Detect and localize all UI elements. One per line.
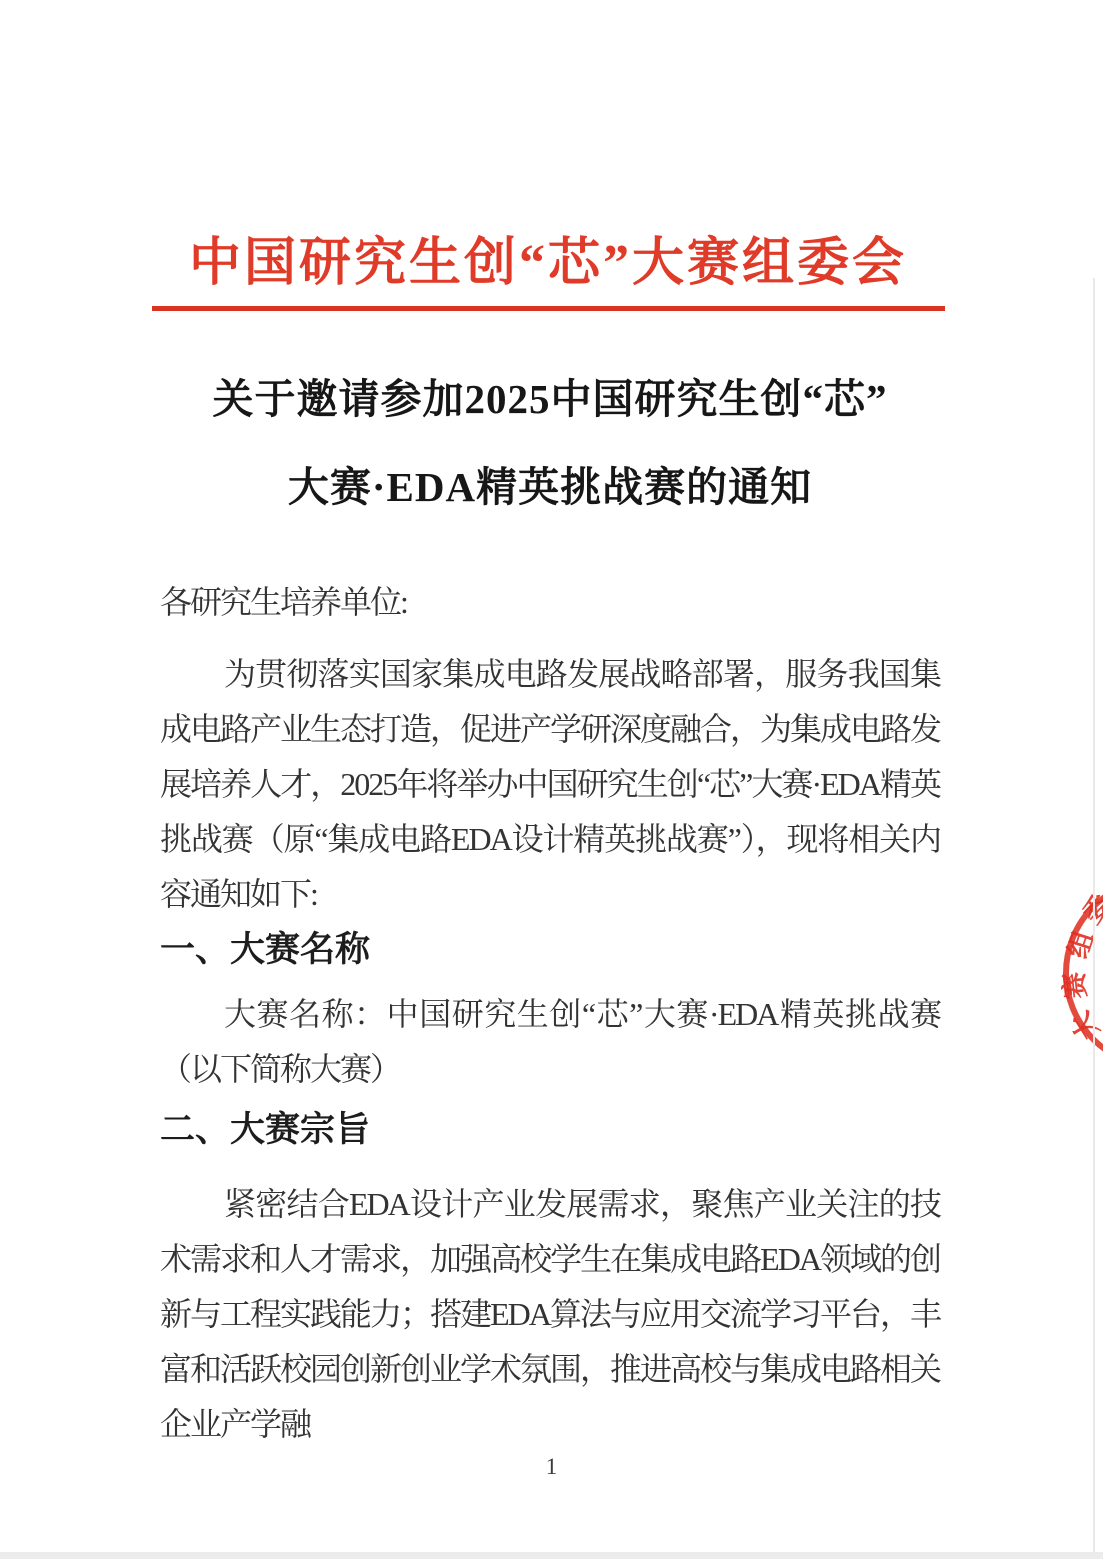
document-title: 关于邀请参加2025中国研究生创“芯” 大赛·EDA精英挑战赛的通知 xyxy=(75,355,1025,531)
section-1-paragraph: 大赛名称：中国研究生创“芯”大赛·EDA精英挑战赛（以下简称大赛） xyxy=(160,987,940,1097)
intro-paragraph: 为贯彻落实国家集成电路发展战略部署，服务我国集成电路产业生态打造，促进产学研深度… xyxy=(160,647,940,922)
scan-edge-bottom xyxy=(0,1552,1103,1559)
letterhead-rule-divider xyxy=(152,306,945,311)
document-title-line-1: 关于邀请参加2025中国研究生创“芯” xyxy=(75,355,1025,443)
scan-edge-line xyxy=(1093,278,1095,1559)
section-1-heading: 一、大赛名称 xyxy=(160,922,940,977)
salutation: 各研究生培养单位: xyxy=(160,575,940,630)
section-2-heading: 二、大赛宗旨 xyxy=(160,1102,940,1157)
document-page: 中国研究生创“芯”大赛组委会 关于邀请参加2025中国研究生创“芯” 大赛·ED… xyxy=(0,0,1103,1559)
section-2-paragraph: 紧密结合EDA设计产业发展需求，聚焦产业关注的技术需求和人才需求，加强高校学生在… xyxy=(160,1177,940,1452)
red-seal-glyph: 赛 xyxy=(1061,971,1091,1001)
document-title-line-2: 大赛·EDA精英挑战赛的通知 xyxy=(75,443,1025,531)
page-number: 1 xyxy=(0,1452,1103,1482)
letterhead-committee-name: 中国研究生创“芯”大赛组委会 xyxy=(150,232,946,296)
document-body: 各研究生培养单位: 为贯彻落实国家集成电路发展战略部署，服务我国集成电路产业生态… xyxy=(160,575,940,1452)
